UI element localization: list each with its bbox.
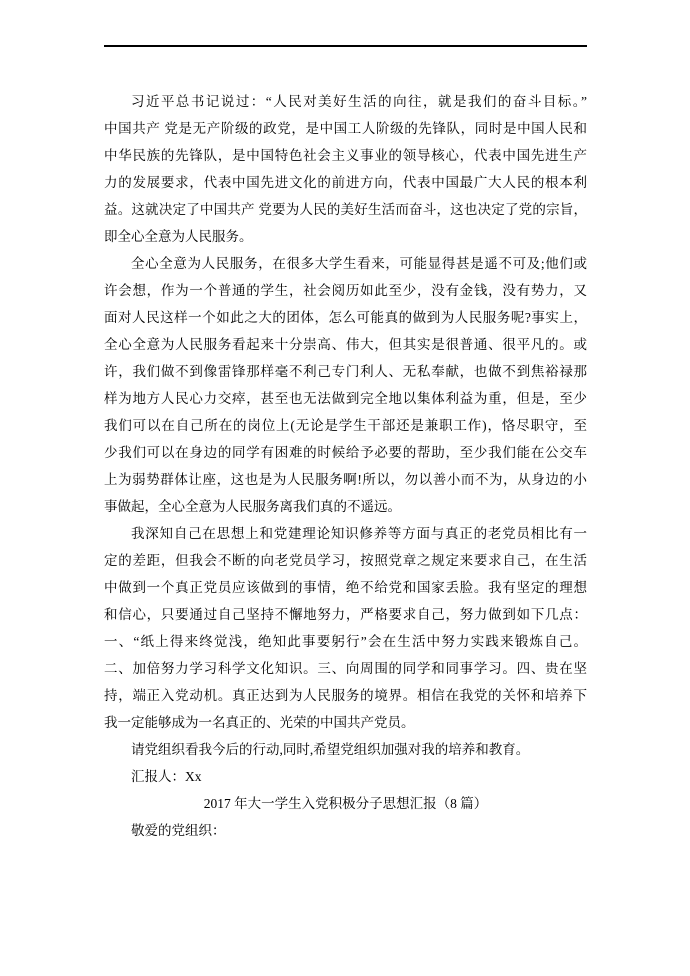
text-line: 事做起，全心全意为人民服务离我们真的不遥远。 [104, 493, 587, 520]
text-line: 2017 年大一学生入党积极分子思想汇报（8 篇） [104, 790, 587, 817]
text-line: 全心全意为人民服务，在很多大学生看来，可能显得甚是遥不可及;他们或 [104, 250, 587, 277]
text-line: 面对人民这样一个如此之大的团体，怎么可能真的做到为人民服务呢?事实上， [104, 304, 587, 331]
text-line: 定的差距，但我会不断的向老党员学习，按照党章之规定来要求自己，在生活 [104, 547, 587, 574]
text-line: 中做到一个真正党员应该做到的事情，绝不给党和国家丢脸。我有坚定的理想 [104, 574, 587, 601]
text-line: 我们可以在自己所在的岗位上(无论是学生干部还是兼职工作)，恪尽职守，至 [104, 412, 587, 439]
text-line: 益。这就决定了中国共产 党要为人民的美好生活而奋斗，这也决定了党的宗旨， [104, 196, 587, 223]
text-line: 我一定能够成为一名真正的、光荣的中国共产党员。 [104, 709, 587, 736]
text-line: 我深知自己在思想上和党建理论知识修养等方面与真正的老党员相比有一 [104, 520, 587, 547]
text-line: 汇报人：Xx [104, 763, 587, 790]
text-line: 敬爱的党组织： [104, 817, 587, 844]
text-line: 许，我们做不到像雷锋那样毫不利己专门利人、无私奉献，也做不到焦裕禄那 [104, 358, 587, 385]
text-line: 二、加倍努力学习科学文化知识。三、向周围的同学和同事学习。四、贵在坚 [104, 655, 587, 682]
text-line: 和信心，只要通过自己坚持不懈地努力，严格要求自己，努力做到如下几点： [104, 601, 587, 628]
text-line: 力的发展要求，代表中国先进文化的前进方向，代表中国最广大人民的根本利 [104, 169, 587, 196]
text-line: 上为弱势群体让座，这也是为人民服务啊!所以，勿以善小而不为，从身边的小 [104, 466, 587, 493]
text-line: 习近平总书记说过：“人民对美好生活的向往，就是我们的奋斗目标。” [104, 88, 587, 115]
text-line: 持，端正入党动机。真正达到为人民服务的境界。相信在我党的关怀和培养下 [104, 682, 587, 709]
text-line: 请党组织看我今后的行动,同时,希望党组织加强对我的培养和教育。 [104, 736, 587, 763]
text-line: 中国共产 党是无产阶级的政党，是中国工人阶级的先锋队，同时是中国人民和 [104, 115, 587, 142]
text-line: 许会想，作为一个普通的学生，社会阅历如此至少，没有金钱，没有势力，又 [104, 277, 587, 304]
text-line: 中华民族的先锋队，是中国特色社会主义事业的领导核心，代表中国先进生产 [104, 142, 587, 169]
text-line: 一、“纸上得来终觉浅，绝知此事要躬行”会在生活中努力实践来锻炼自己。 [104, 628, 587, 655]
document-body: 习近平总书记说过：“人民对美好生活的向往，就是我们的奋斗目标。”中国共产 党是无… [104, 88, 587, 844]
text-line: 样为地方人民心力交瘁，甚至也无法做到完全地以集体利益为重，但是，至少 [104, 385, 587, 412]
text-line: 全心全意为人民服务看起来十分崇高、伟大，但其实是很普通、很平凡的。或 [104, 331, 587, 358]
text-line: 少我们可以在身边的同学有困难的时候给予必要的帮助，至少我们能在公交车 [104, 439, 587, 466]
header-divider-rule [104, 45, 587, 47]
text-line: 即全心全意为人民服务。 [104, 223, 587, 250]
document-page: 习近平总书记说过：“人民对美好生活的向往，就是我们的奋斗目标。”中国共产 党是无… [0, 0, 690, 976]
